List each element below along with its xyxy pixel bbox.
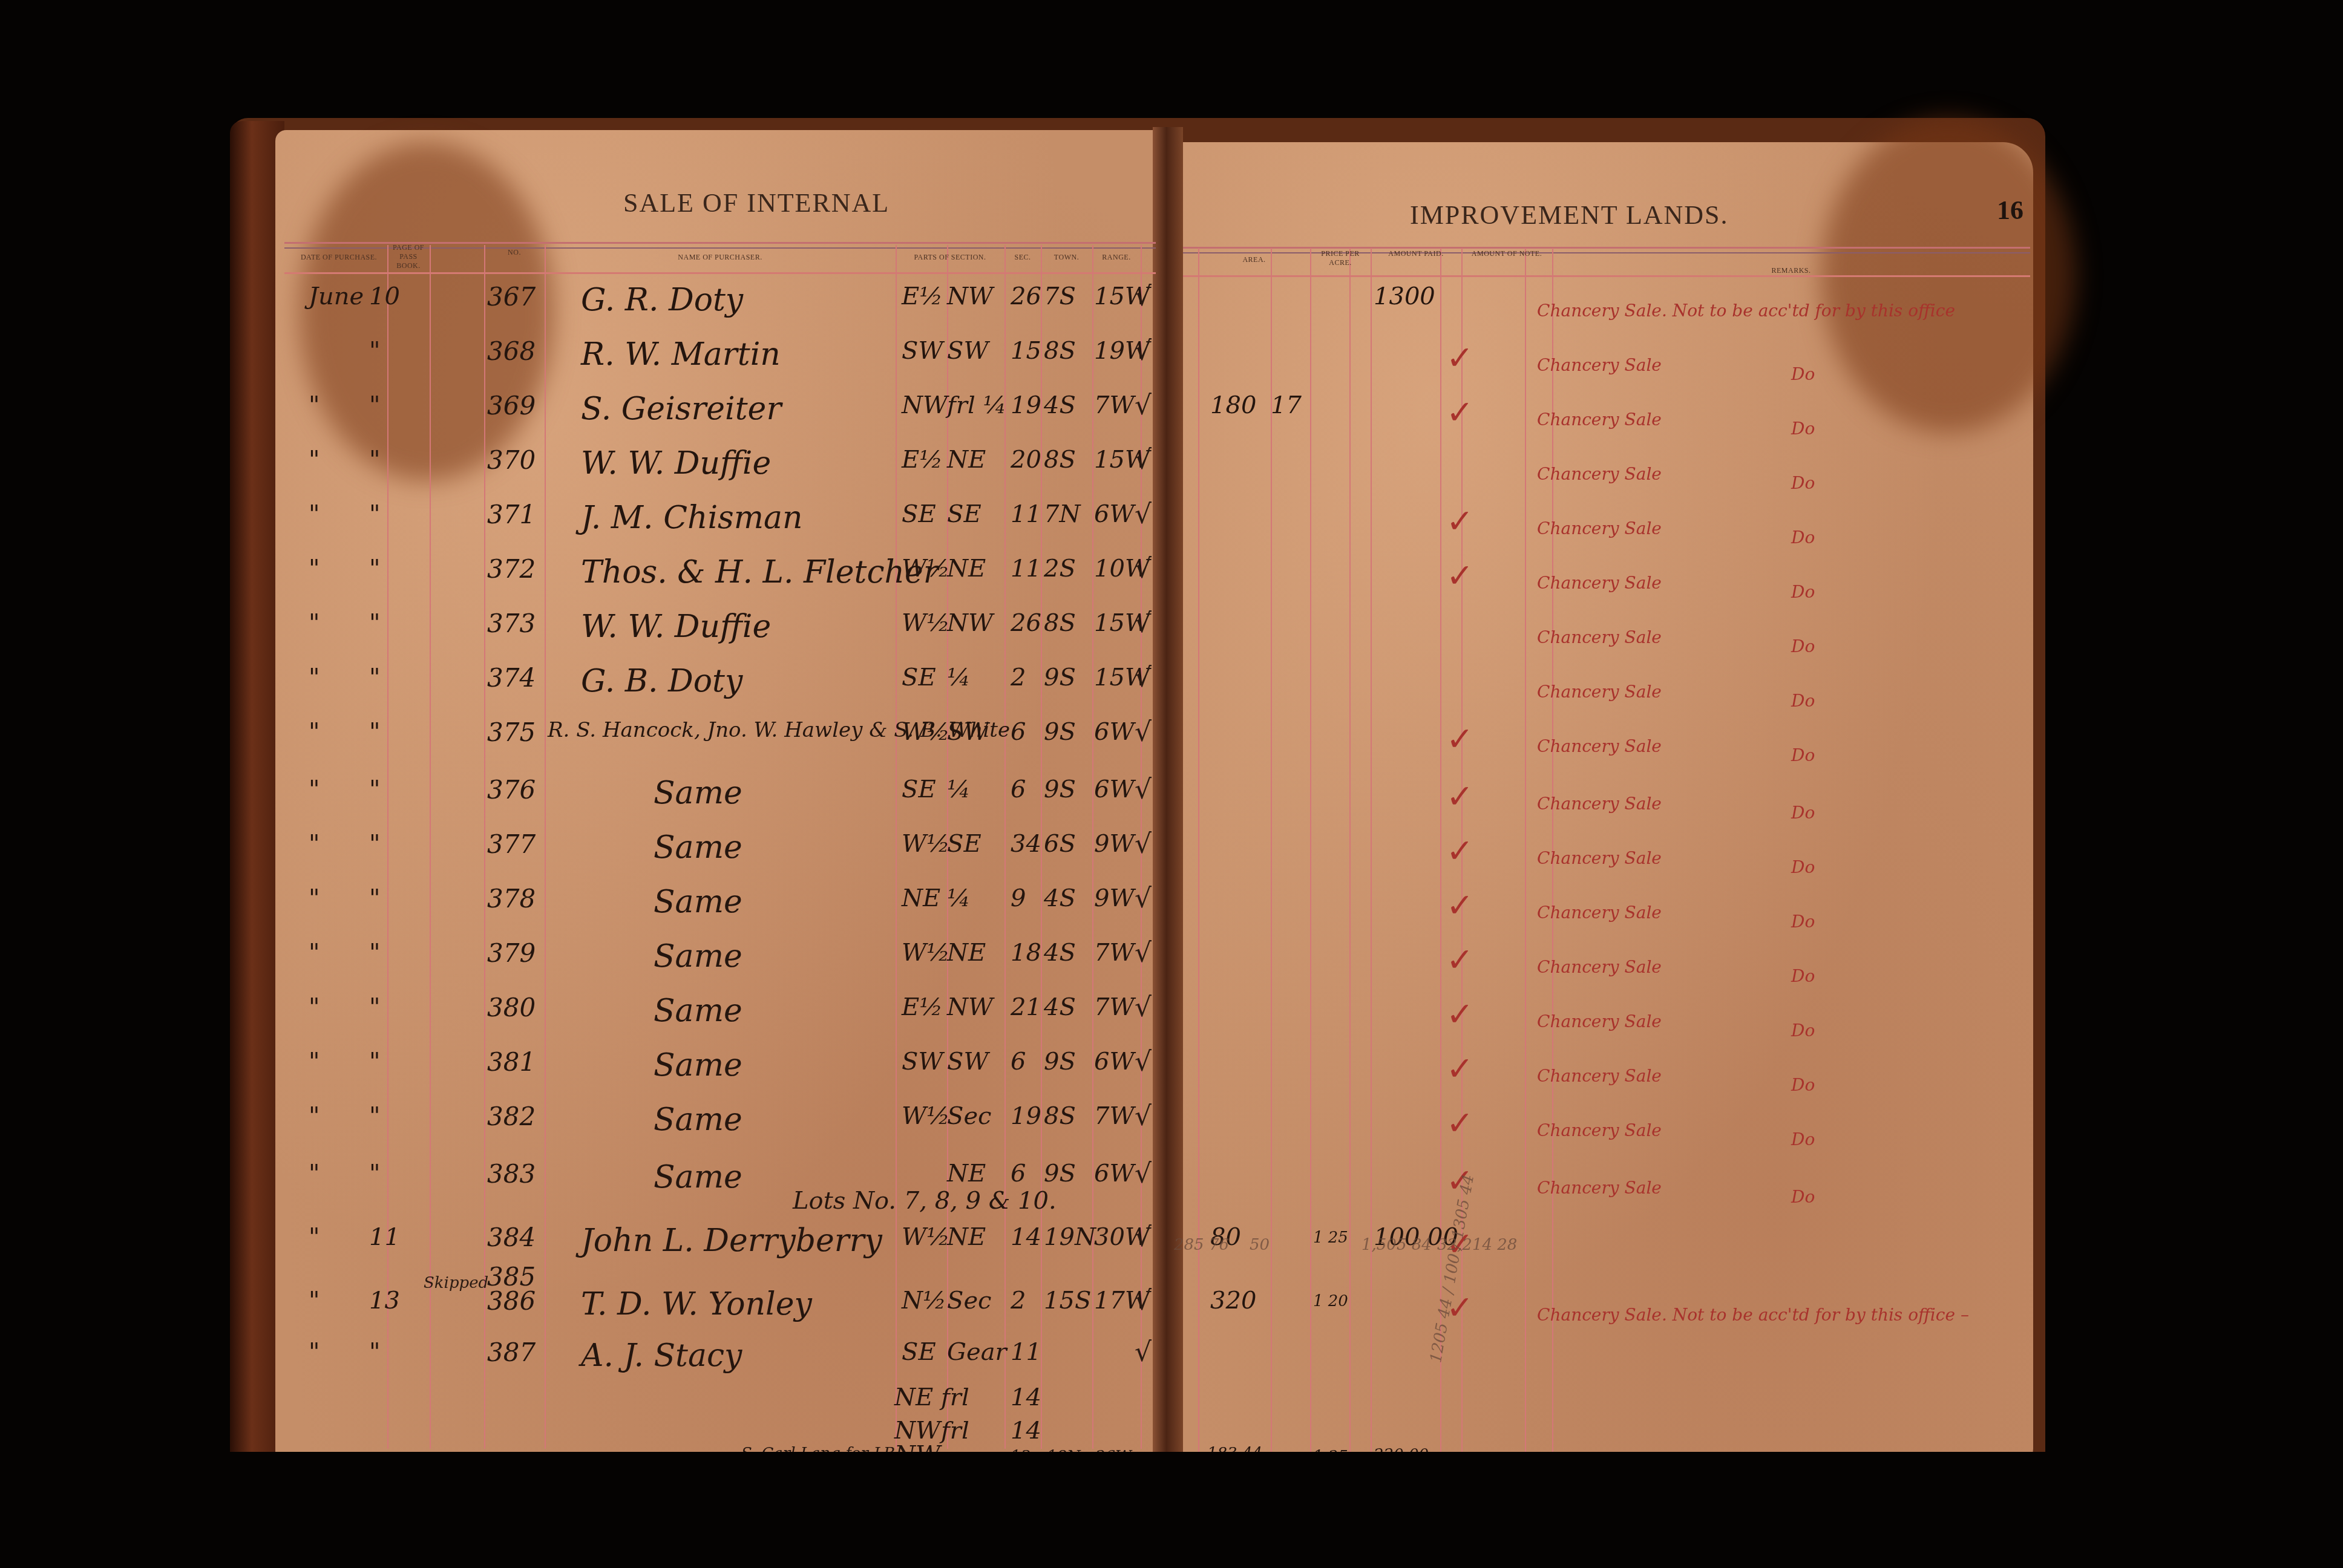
township: 6S	[1044, 832, 1076, 856]
ditto-mark: Do	[1791, 529, 1815, 546]
date-day: "	[369, 557, 380, 581]
section: 9	[1011, 886, 1026, 910]
entry-number: 374	[487, 665, 536, 691]
entry-number: 383	[487, 1161, 536, 1187]
section: 20	[1011, 448, 1041, 472]
col-header-name: Name of Purchaser.	[545, 253, 896, 262]
col-header-note: Amount of Note.	[1461, 249, 1552, 258]
remark-text: Chancery Sale	[1537, 1122, 1662, 1139]
township: 9S	[1044, 720, 1076, 744]
book-spine	[1153, 127, 1183, 1482]
ditto-mark: Do	[1791, 638, 1815, 655]
col-header-remarks: Remarks.	[1552, 266, 2030, 275]
ditto-mark: Do	[1791, 584, 1815, 601]
quarter: NE	[947, 1161, 986, 1186]
col-header-price: Price Per Acre.	[1310, 249, 1371, 267]
column-divider	[387, 245, 388, 1449]
checkmark-icon: √	[1135, 992, 1152, 1023]
range: 7W	[1094, 1104, 1135, 1128]
date-month: "	[309, 1340, 319, 1364]
water-stain	[300, 142, 554, 481]
entry-number: 379	[487, 941, 536, 966]
checkmark-icon: √	[1135, 774, 1152, 805]
date-day: "	[369, 448, 380, 472]
quarter: frl ¼	[947, 393, 1006, 417]
section: 11	[1011, 502, 1041, 526]
ditto-mark: Do	[1791, 1077, 1815, 1094]
date-month: "	[309, 611, 319, 635]
checkmark-icon: √	[1135, 829, 1152, 860]
ditto-mark: Do	[1791, 693, 1815, 710]
ditto-mark: Do	[1791, 968, 1815, 985]
remark-text: Chancery Sale	[1537, 411, 1662, 428]
quarter: Sec	[947, 1289, 991, 1313]
date-month: "	[309, 448, 319, 472]
ditto-mark: Do	[1791, 747, 1815, 764]
note-check-icon: ✓	[1446, 832, 1473, 870]
lots-note: Lots No. 7, 8, 9 & 10.	[793, 1189, 1057, 1213]
part-of-section: W½	[902, 557, 950, 581]
range: 6W	[1094, 502, 1135, 526]
total-paid: 1,505 84	[1362, 1237, 1432, 1253]
quarter: SE	[947, 832, 981, 856]
note-check-icon: ✓	[1446, 777, 1473, 815]
quarter: SW	[947, 720, 989, 744]
date-day: "	[369, 502, 380, 526]
date-month: "	[309, 941, 319, 965]
part-of-section: W½	[902, 832, 950, 856]
remark-text: Chancery Sale	[1537, 357, 1662, 374]
checkmark-icon: √	[1135, 554, 1152, 584]
ditto-mark: Do	[1791, 420, 1815, 437]
continuation-part: NE	[894, 1385, 933, 1410]
ditto-mark: Do	[1791, 1022, 1815, 1039]
township: 9S	[1044, 665, 1076, 690]
remark-text: Chancery Sale	[1537, 466, 1662, 483]
col-header-area: Area.	[1198, 255, 1310, 264]
section: 19	[1011, 393, 1041, 417]
entry-number: 372	[487, 557, 536, 582]
date-month: "	[309, 502, 319, 526]
township: 9S	[1044, 1050, 1076, 1074]
date-month: "	[309, 886, 319, 910]
section: 21	[1011, 995, 1041, 1019]
township: 8S	[1044, 1104, 1076, 1128]
township: 4S	[1044, 941, 1076, 965]
remark-text: Chancery Sale	[1537, 629, 1662, 646]
date-day: 11	[369, 1225, 400, 1249]
date-day: "	[369, 611, 380, 635]
section: 19	[1011, 1104, 1041, 1128]
entry-number: 384	[487, 1225, 536, 1250]
purchaser-name: Same	[654, 886, 742, 918]
entry-number: 382	[487, 1104, 536, 1129]
section: 6	[1011, 1050, 1026, 1074]
part-of-section: N½	[902, 1289, 946, 1313]
quarter: SW	[947, 339, 989, 363]
continuation-quarter: frl	[941, 1419, 969, 1443]
township: 4S	[1044, 886, 1076, 910]
township: 9S	[1044, 1161, 1076, 1186]
section: 6	[1011, 720, 1026, 744]
area: 180	[1210, 393, 1256, 417]
date-day: 13	[369, 1289, 400, 1313]
checkmark-icon: √	[1135, 1101, 1152, 1132]
date-day: "	[369, 1050, 380, 1074]
amount-paid: 1300	[1374, 284, 1435, 309]
township: 4S	[1044, 393, 1076, 417]
note-check-icon: ✓	[1446, 886, 1473, 924]
quarter: Gear	[947, 1340, 1007, 1364]
checkmark-icon: √	[1135, 1285, 1152, 1316]
checkmark-icon: √	[1135, 938, 1152, 969]
part-of-section: SE	[902, 777, 936, 802]
date-month: "	[309, 1161, 319, 1186]
col-header-pass-book: Page of Pass Book.	[390, 243, 427, 270]
section: 34	[1011, 832, 1041, 856]
note-check-icon: ✓	[1446, 339, 1473, 377]
entry-number: 368	[487, 339, 536, 364]
ditto-mark: Do	[1791, 913, 1815, 930]
purchaser-name: J. M. Chisman	[581, 502, 803, 534]
remark-text: Chancery Sale. Not to be acc'td for by t…	[1537, 302, 1955, 319]
note-check-icon: ✓	[1446, 393, 1473, 431]
township: 7N	[1044, 502, 1080, 526]
purchaser-name: Same	[654, 777, 742, 809]
township: 7S	[1044, 284, 1076, 309]
date-day: "	[369, 995, 380, 1019]
section: 11	[1011, 557, 1041, 581]
part-of-section: SW	[902, 1050, 943, 1074]
ditto-mark: Do	[1791, 366, 1815, 383]
purchaser-name: A. J. Stacy	[581, 1340, 742, 1371]
purchaser-name: G. B. Doty	[581, 665, 742, 697]
column-divider	[430, 245, 431, 1449]
range: 7W	[1094, 393, 1135, 417]
date-day: "	[369, 1161, 380, 1186]
area: 320	[1210, 1289, 1256, 1313]
township: 2S	[1044, 557, 1076, 581]
part-of-section: E½	[902, 448, 943, 472]
date-month: "	[309, 557, 319, 581]
part-of-section: SE	[902, 665, 936, 690]
remark-text: Chancery Sale	[1537, 738, 1662, 755]
checkmark-icon: √	[1135, 717, 1152, 748]
section: 14	[1011, 1225, 1041, 1249]
column-divider	[484, 245, 485, 1449]
col-header-range: Range.	[1092, 253, 1141, 262]
column-divider	[896, 245, 897, 1449]
purchaser-name: Same	[654, 1161, 742, 1193]
right-page-title: IMPROVEMENT LANDS.	[1410, 200, 1729, 230]
purchaser-name: S. Geisreiter	[581, 393, 781, 425]
column-divider	[1271, 248, 1272, 1452]
date-day: "	[369, 832, 380, 856]
range: 9W	[1094, 886, 1135, 910]
column-divider	[1525, 248, 1526, 1452]
col-header-parts: Parts of Section.	[896, 253, 1004, 262]
page-number: 16	[1997, 195, 2023, 226]
range: 6W	[1094, 1161, 1135, 1186]
ditto-mark: Do	[1791, 1131, 1815, 1148]
range: 7W	[1094, 941, 1135, 965]
range: 6W	[1094, 720, 1135, 744]
remark-text: Chancery Sale	[1537, 959, 1662, 976]
checkmark-icon: √	[1135, 281, 1152, 312]
column-divider	[1310, 248, 1311, 1452]
continuation-sec: 14	[1011, 1419, 1041, 1443]
area-fraction: 17	[1271, 393, 1302, 417]
remark-text: Chancery Sale. Not to be acc'td for by t…	[1537, 1307, 1969, 1324]
purchaser-name: W. W. Duffie	[581, 611, 771, 642]
checkmark-icon: √	[1135, 445, 1152, 475]
entry-number: 378	[487, 886, 536, 912]
section: 15	[1011, 339, 1041, 363]
part-of-section: NE	[902, 886, 940, 910]
remark-text: Chancery Sale	[1537, 1180, 1662, 1197]
entry-number: 386	[487, 1289, 536, 1314]
entry-number: 369	[487, 393, 536, 419]
date-month: "	[309, 777, 319, 802]
checkmark-icon: √	[1135, 1047, 1152, 1077]
header-bottom-rule	[284, 272, 1156, 274]
ditto-mark: Do	[1791, 859, 1815, 876]
date-day: 10	[369, 284, 400, 309]
township: 8S	[1044, 448, 1076, 472]
quarter: SE	[947, 502, 981, 526]
ditto-mark: Do	[1791, 475, 1815, 492]
checkmark-icon: √	[1135, 1158, 1152, 1189]
remark-text: Chancery Sale	[1537, 575, 1662, 592]
col-header-date: Date of Purchase.	[290, 253, 387, 262]
quarter: NW	[947, 611, 993, 635]
township: 4S	[1044, 995, 1076, 1019]
entry-number: 370	[487, 448, 536, 473]
remark-text: Chancery Sale	[1537, 1013, 1662, 1030]
purchaser-name: Same	[654, 1050, 742, 1081]
continuation-sec: 14	[1011, 1385, 1041, 1410]
entry-number: 380	[487, 995, 536, 1021]
remark-text: Chancery Sale	[1537, 520, 1662, 537]
section: 26	[1011, 611, 1041, 635]
township: 8S	[1044, 611, 1076, 635]
entry-number: 371	[487, 502, 536, 528]
pass-book-page: Skipped	[424, 1275, 488, 1291]
quarter: NE	[947, 941, 986, 965]
date-month: "	[309, 1289, 319, 1313]
date-month: "	[309, 1225, 319, 1249]
date-day: "	[369, 393, 380, 417]
quarter: NW	[947, 995, 993, 1019]
part-of-section: NW	[902, 393, 948, 417]
date-month: "	[309, 720, 319, 744]
purchaser-name: Same	[654, 995, 742, 1027]
section: 18	[1011, 941, 1041, 965]
entry-number: 367	[487, 284, 536, 310]
checkmark-icon: √	[1135, 883, 1152, 914]
part-of-section: W½	[902, 611, 950, 635]
checkmark-icon: √	[1135, 662, 1152, 693]
range: 7W	[1094, 995, 1135, 1019]
entry-number: 373	[487, 611, 536, 636]
purchaser-name: W. W. Duffie	[581, 448, 771, 479]
remark-text: Chancery Sale	[1537, 684, 1662, 701]
entry-number: 381	[487, 1050, 536, 1075]
column-divider	[1004, 245, 1006, 1449]
total-area-frac: 50	[1250, 1237, 1270, 1253]
date-day: "	[369, 1340, 380, 1364]
entry-number: 375	[487, 720, 536, 745]
col-header-town: Town.	[1041, 253, 1092, 262]
purchaser-name: G. R. Doty	[581, 284, 743, 316]
note-check-icon: ✓	[1446, 502, 1473, 540]
date-day: "	[369, 777, 380, 802]
continuation-part: NW	[894, 1419, 940, 1443]
section: 2	[1011, 665, 1026, 690]
part-of-section: SW	[902, 339, 943, 363]
purchaser-name: Same	[654, 941, 742, 972]
section: 6	[1011, 777, 1026, 802]
quarter: SW	[947, 1050, 989, 1074]
township: 15S	[1044, 1289, 1091, 1313]
date-month: "	[309, 393, 319, 417]
purchaser-name: T. D. W. Yonley	[581, 1289, 812, 1320]
total-area: 285 76	[1174, 1237, 1229, 1253]
note-check-icon: ✓	[1446, 1050, 1473, 1088]
entry-number: 387	[487, 1340, 536, 1365]
note-check-icon: ✓	[1446, 1104, 1473, 1142]
entry-number: 376	[487, 777, 536, 803]
quarter: NW	[947, 284, 993, 309]
col-header-paid: Amount Paid.	[1371, 249, 1461, 258]
checkmark-icon: √	[1135, 390, 1152, 421]
remark-text: Chancery Sale	[1537, 904, 1662, 921]
township: 8S	[1044, 339, 1076, 363]
column-divider	[545, 245, 546, 1449]
background	[230, 1452, 2045, 1568]
ditto-mark: Do	[1791, 1189, 1815, 1206]
quarter: ¼	[947, 665, 971, 690]
column-divider	[1198, 248, 1199, 1452]
remark-text: Chancery Sale	[1537, 850, 1662, 867]
part-of-section: W½	[902, 720, 950, 744]
date-month: "	[309, 832, 319, 856]
note-check-icon: ✓	[1446, 720, 1473, 758]
township: 19N	[1044, 1225, 1096, 1249]
date-day: "	[369, 1104, 380, 1128]
date-day: "	[369, 665, 380, 690]
part-of-section: E½	[902, 995, 943, 1019]
price-per-acre: 1 25	[1313, 1230, 1348, 1246]
section: 26	[1011, 284, 1041, 309]
part-of-section: SE	[902, 502, 936, 526]
quarter: NE	[947, 557, 986, 581]
note-check-icon: ✓	[1446, 557, 1473, 595]
col-header-no: No.	[484, 248, 545, 257]
part-of-section: W½	[902, 941, 950, 965]
column-divider	[1092, 245, 1093, 1449]
date-month: "	[309, 1050, 319, 1074]
ditto-mark: Do	[1791, 805, 1815, 822]
date-month: "	[309, 665, 319, 690]
purchaser-name: R. W. Martin	[581, 339, 781, 370]
purchaser-name: Thos. & H. L. Fletcher	[581, 557, 939, 588]
remark-text: Chancery Sale	[1537, 1068, 1662, 1085]
remark-text: Chancery Sale	[1537, 795, 1662, 812]
quarter: ¼	[947, 886, 971, 910]
quarter: ¼	[947, 777, 971, 802]
column-divider	[1440, 248, 1441, 1452]
township: 9S	[1044, 777, 1076, 802]
date-month: "	[309, 1104, 319, 1128]
entry-number: 377	[487, 832, 536, 857]
purchaser-name: Same	[654, 832, 742, 863]
date-day: "	[369, 339, 380, 363]
checkmark-icon: √	[1135, 336, 1152, 367]
note-check-icon: ✓	[1446, 995, 1473, 1033]
quarter: NE	[947, 1225, 986, 1249]
range: 6W	[1094, 1050, 1135, 1074]
column-divider	[1371, 248, 1372, 1452]
part-of-section: E½	[902, 284, 943, 309]
left-page-title: SALE OF INTERNAL	[623, 188, 890, 218]
date-day: "	[369, 886, 380, 910]
column-divider	[1349, 248, 1351, 1452]
col-header-sec: Sec.	[1004, 253, 1041, 262]
checkmark-icon: √	[1135, 1337, 1152, 1368]
range: 9W	[1094, 832, 1135, 856]
quarter: Sec	[947, 1104, 991, 1128]
price-per-acre: 1 20	[1313, 1293, 1348, 1309]
purchaser-name: Same	[654, 1104, 742, 1135]
date-day: "	[369, 941, 380, 965]
section: 11	[1011, 1340, 1041, 1364]
date-day: "	[369, 720, 380, 744]
part-of-section: W½	[902, 1104, 950, 1128]
part-of-section: SE	[902, 1340, 936, 1364]
range: 6W	[1094, 777, 1135, 802]
date-month: June	[309, 284, 364, 309]
section: 6	[1011, 1161, 1026, 1186]
continuation-quarter: frl	[941, 1385, 969, 1410]
checkmark-icon: √	[1135, 499, 1152, 530]
quarter: NE	[947, 448, 986, 472]
note-check-icon: ✓	[1446, 941, 1473, 979]
checkmark-icon: √	[1135, 608, 1152, 639]
section: 2	[1011, 1289, 1026, 1313]
date-month: "	[309, 995, 319, 1019]
part-of-section: W½	[902, 1225, 950, 1249]
purchaser-name: John L. Derryberry	[581, 1225, 882, 1256]
checkmark-icon: √	[1135, 1222, 1152, 1253]
